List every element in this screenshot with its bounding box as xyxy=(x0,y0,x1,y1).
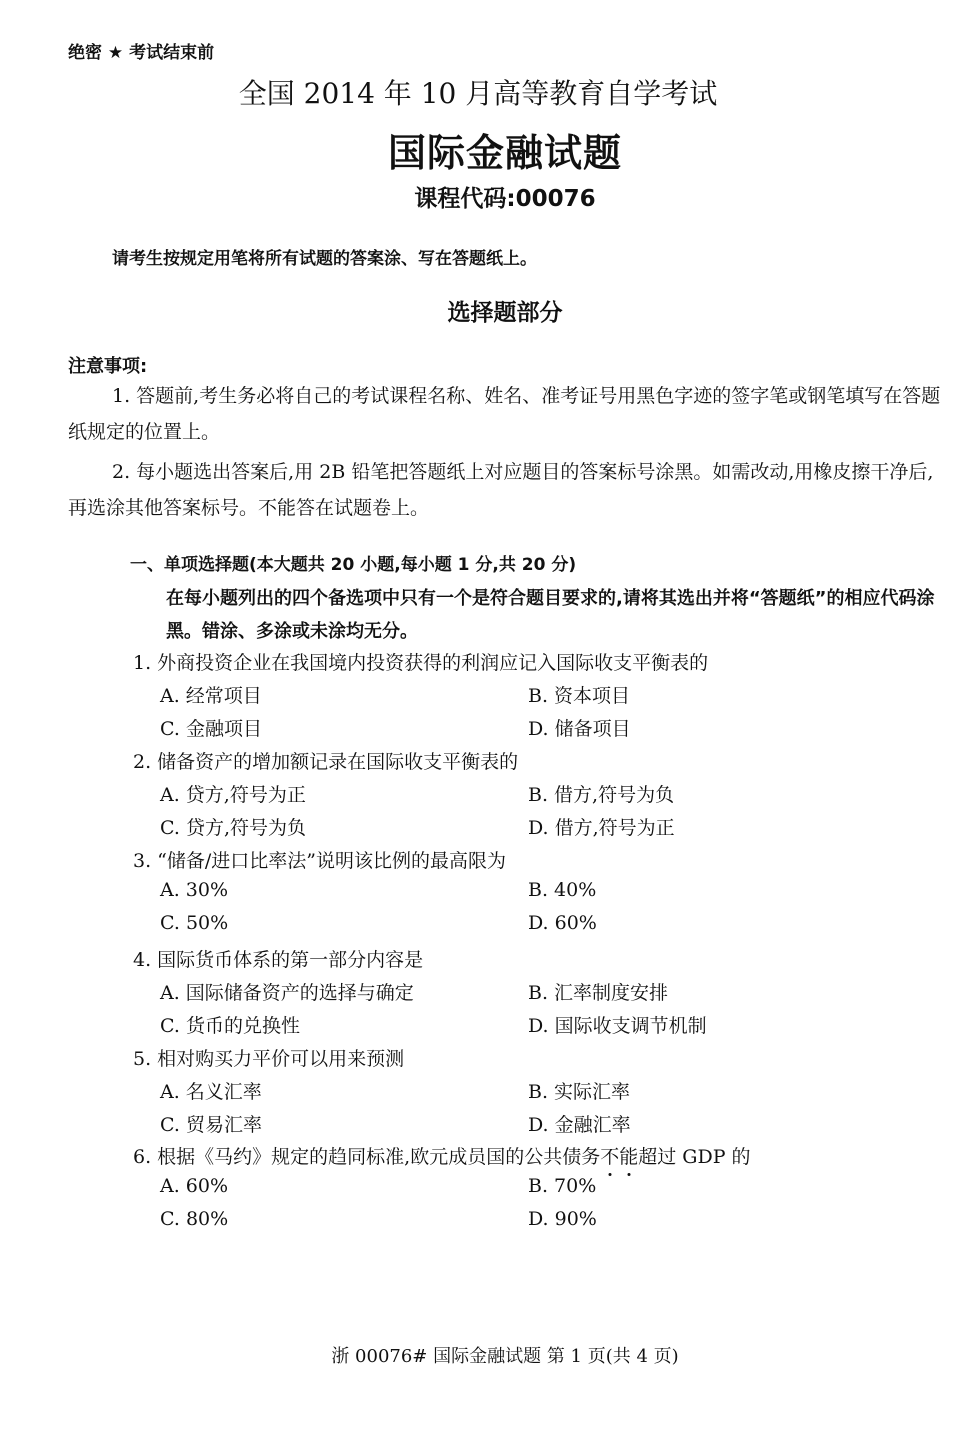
question-2-option-d: D. 借方,符号为正 xyxy=(528,813,675,840)
question-4-option-c: C. 货币的兑换性 xyxy=(160,1011,300,1038)
notes-title: 注意事项: xyxy=(68,352,147,378)
section-title: 选择题部分 xyxy=(0,294,956,327)
question-stem-6: 6. 根据《马约》规定的趋同标准,欧元成员国的公共债务不能超过 GDP 的 xyxy=(133,1142,751,1169)
question-3-option-a: A. 30% xyxy=(160,879,228,901)
question-stem-5: 5. 相对购买力平价可以用来预测 xyxy=(133,1044,404,1071)
question-5-option-a: A. 名义汇率 xyxy=(160,1077,262,1104)
general-instruction: 请考生按规定用笔将所有试题的答案涂、写在答题纸上。 xyxy=(112,244,537,269)
question-stem-4: 4. 国际货币体系的第一部分内容是 xyxy=(133,945,423,972)
question-4-option-a: A. 国际储备资产的选择与确定 xyxy=(160,978,414,1005)
question-2-option-b: B. 借方,符号为负 xyxy=(528,780,674,807)
question-6-stem-after: 超过 GDP 的 xyxy=(638,1146,750,1168)
question-2-option-a: A. 贷方,符号为正 xyxy=(160,780,306,807)
question-2-option-c: C. 贷方,符号为负 xyxy=(160,813,306,840)
question-6-option-d: D. 90% xyxy=(528,1208,597,1230)
part-description: 在每小题列出的四个备选项中只有一个是符合题目要求的,请将其选出并将“答题纸”的相… xyxy=(166,582,936,648)
confidential-label: 绝密 ★ 考试结束前 xyxy=(68,38,214,63)
question-1-option-d: D. 储备项目 xyxy=(528,714,631,741)
question-5-option-b: B. 实际汇率 xyxy=(528,1077,630,1104)
question-3-option-b: B. 40% xyxy=(528,879,596,901)
page-footer: 浙 00076# 国际金融试题 第 1 页(共 4 页) xyxy=(0,1342,956,1368)
question-3-option-d: D. 60% xyxy=(528,912,597,934)
question-3-option-c: C. 50% xyxy=(160,912,228,934)
question-5-option-c: C. 贸易汇率 xyxy=(160,1110,262,1137)
note-item-2: 2. 每小题选出答案后,用 2B 铅笔把答题纸上对应题目的答案标号涂黑。如需改动… xyxy=(68,454,944,526)
secret-suffix: 考试结束前 xyxy=(129,43,214,63)
page-title: 国际金融试题 xyxy=(0,122,956,177)
question-stem-2: 2. 储备资产的增加额记录在国际收支平衡表的 xyxy=(133,747,518,774)
question-1-option-a: A. 经常项目 xyxy=(160,681,262,708)
course-code: 课程代码:00076 xyxy=(0,180,956,213)
question-6-option-b: B. 70% xyxy=(528,1175,596,1197)
question-4-option-b: B. 汇率制度安排 xyxy=(528,978,668,1005)
question-6-option-c: C. 80% xyxy=(160,1208,228,1230)
question-4-option-d: D. 国际收支调节机制 xyxy=(528,1011,707,1038)
secret-text: 绝密 xyxy=(68,43,102,63)
question-1-option-c: C. 金融项目 xyxy=(160,714,262,741)
exam-session-line: 全国 2014 年 10 月高等教育自学考试 xyxy=(0,72,956,112)
emphasis-dot-char: 能 xyxy=(619,1146,638,1168)
question-6-stem-before: 6. 根据《马约》规定的趋同标准,欧元成员国的公共债务 xyxy=(133,1146,600,1168)
question-6-option-a: A. 60% xyxy=(160,1175,228,1197)
question-5-option-d: D. 金融汇率 xyxy=(528,1110,631,1137)
star-icon: ★ xyxy=(108,43,123,63)
question-1-option-b: B. 资本项目 xyxy=(528,681,630,708)
question-stem-3: 3. “储备/进口比率法”说明该比例的最高限为 xyxy=(133,846,506,873)
part-heading: 一、单项选择题(本大题共 20 小题,每小题 1 分,共 20 分) xyxy=(130,550,576,575)
note-item-1: 1. 答题前,考生务必将自己的考试课程名称、姓名、准考证号用黑色字迹的签字笔或钢… xyxy=(68,378,944,450)
question-stem-1: 1. 外商投资企业在我国境内投资获得的利润应记入国际收支平衡表的 xyxy=(133,648,708,675)
emphasis-dot-char: 不 xyxy=(600,1146,619,1168)
